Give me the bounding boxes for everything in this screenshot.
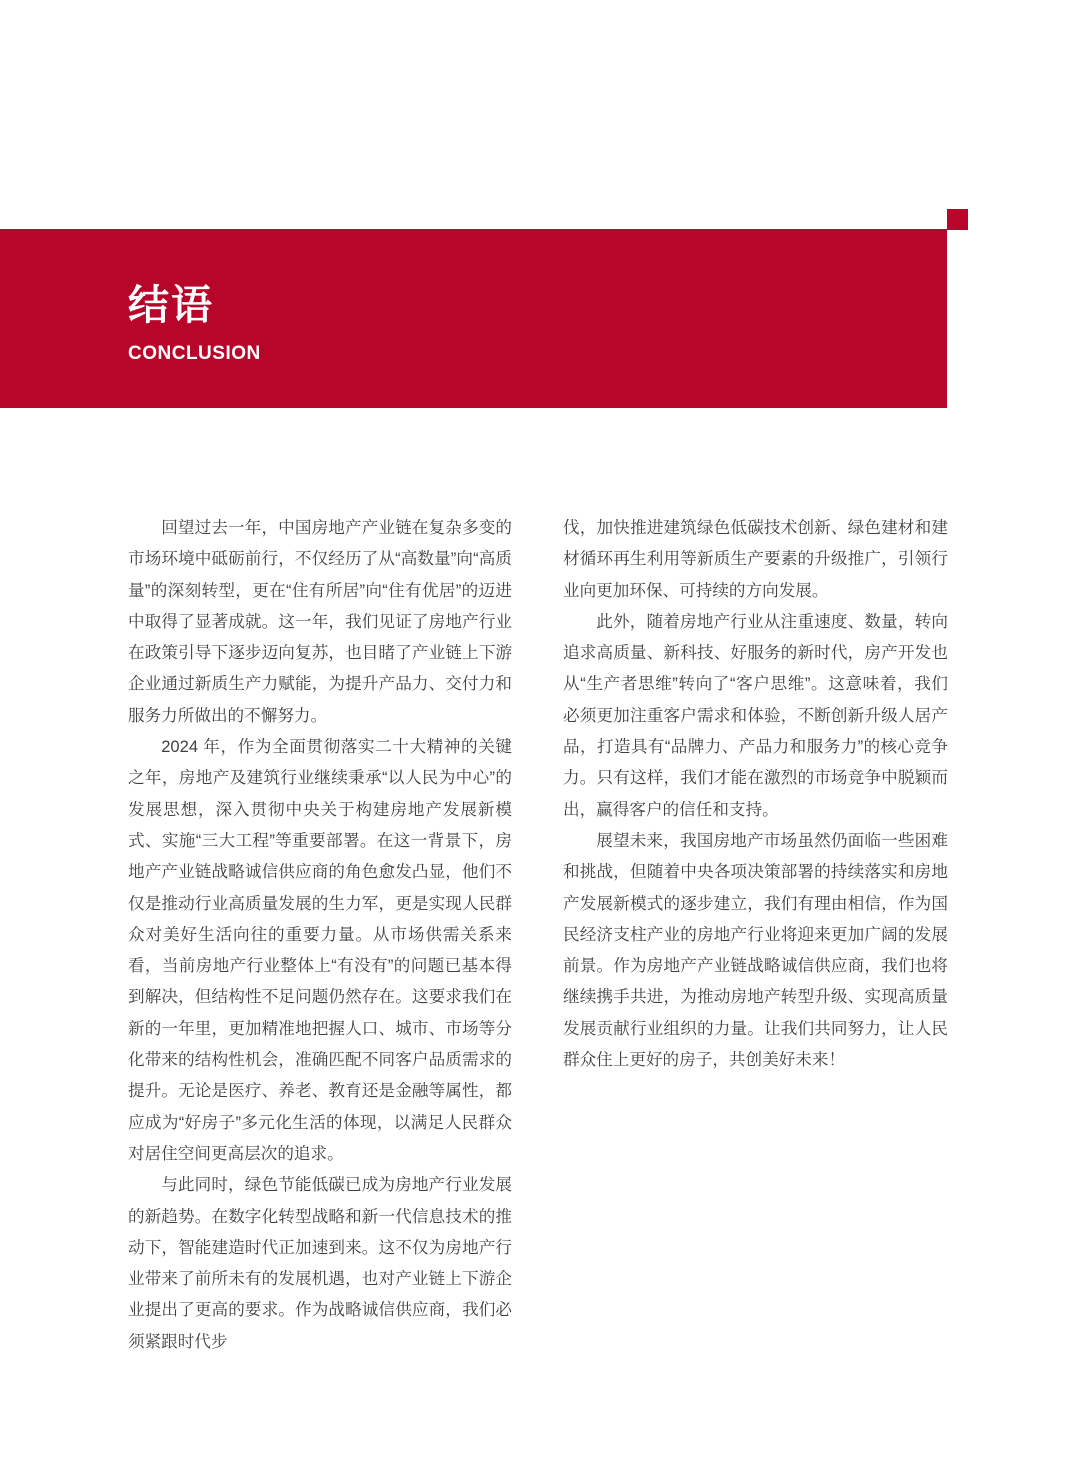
- paragraph: 回望过去一年，中国房地产产业链在复杂多变的市场环境中砥砺前行，不仅经历了从“高数…: [128, 512, 512, 731]
- body-content: 回望过去一年，中国房地产产业链在复杂多变的市场环境中砥砺前行，不仅经历了从“高数…: [128, 512, 948, 1357]
- paragraph-continuation: 伐，加快推进建筑绿色低碳技术创新、绿色建材和建材循环再生利用等新质生产要素的升级…: [563, 512, 948, 606]
- page-subtitle: CONCLUSION: [128, 343, 947, 365]
- page-title: 结语: [128, 283, 947, 327]
- paragraph: 2024 年，作为全面贯彻落实二十大精神的关键之年，房地产及建筑行业继续秉承“以…: [128, 731, 512, 1169]
- corner-accent-square: [947, 209, 968, 230]
- paragraph: 与此同时，绿色节能低碳已成为房地产行业发展的新趋势。在数字化转型战略和新一代信息…: [128, 1169, 512, 1357]
- right-column: 伐，加快推进建筑绿色低碳技术创新、绿色建材和建材循环再生利用等新质生产要素的升级…: [563, 512, 948, 1357]
- report-page: 结语 CONCLUSION 回望过去一年，中国房地产产业链在复杂多变的市场环境中…: [0, 0, 1070, 1459]
- paragraph: 展望未来，我国房地产市场虽然仍面临一些困难和挑战，但随着中央各项决策部署的持续落…: [563, 825, 948, 1075]
- left-column: 回望过去一年，中国房地产产业链在复杂多变的市场环境中砥砺前行，不仅经历了从“高数…: [128, 512, 512, 1357]
- section-banner: 结语 CONCLUSION: [0, 229, 947, 408]
- paragraph: 此外，随着房地产行业从注重速度、数量，转向追求高质量、新科技、好服务的新时代，房…: [563, 606, 948, 825]
